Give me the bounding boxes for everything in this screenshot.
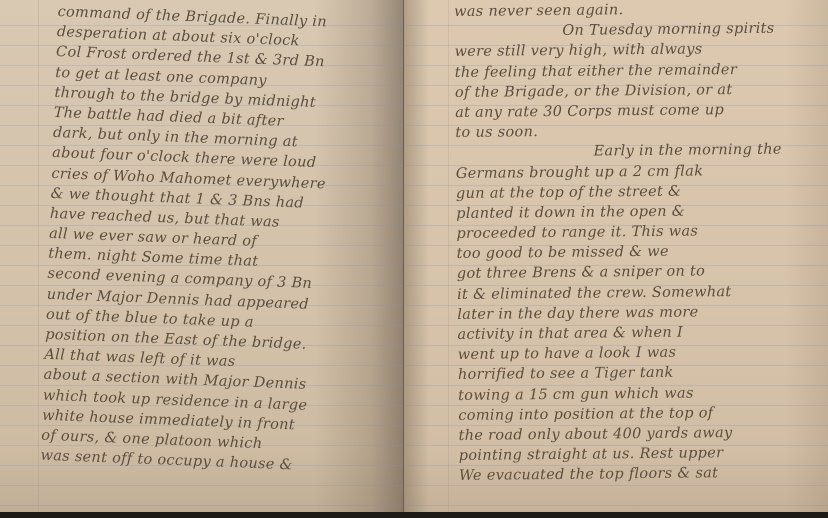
text-line: of the Brigade, or the Division, or at [455, 79, 781, 103]
text-line: Early in the morning the [455, 140, 781, 164]
page-shadow [404, 452, 828, 512]
page-shadow [0, 452, 403, 512]
handwritten-text-right: was never seen again. On Tuesday morning… [454, 0, 785, 486]
margin-line [38, 0, 39, 512]
right-page: was never seen again. On Tuesday morning… [404, 0, 828, 512]
margin-line [448, 0, 449, 512]
table-surface [0, 512, 828, 518]
left-page: command of the Brigade. Finally in despe… [0, 0, 404, 512]
open-notebook: command of the Brigade. Finally in despe… [0, 0, 828, 512]
handwritten-text-left: command of the Brigade. Finally in despe… [40, 2, 332, 477]
text-line: On Tuesday morning spirits [454, 19, 780, 43]
